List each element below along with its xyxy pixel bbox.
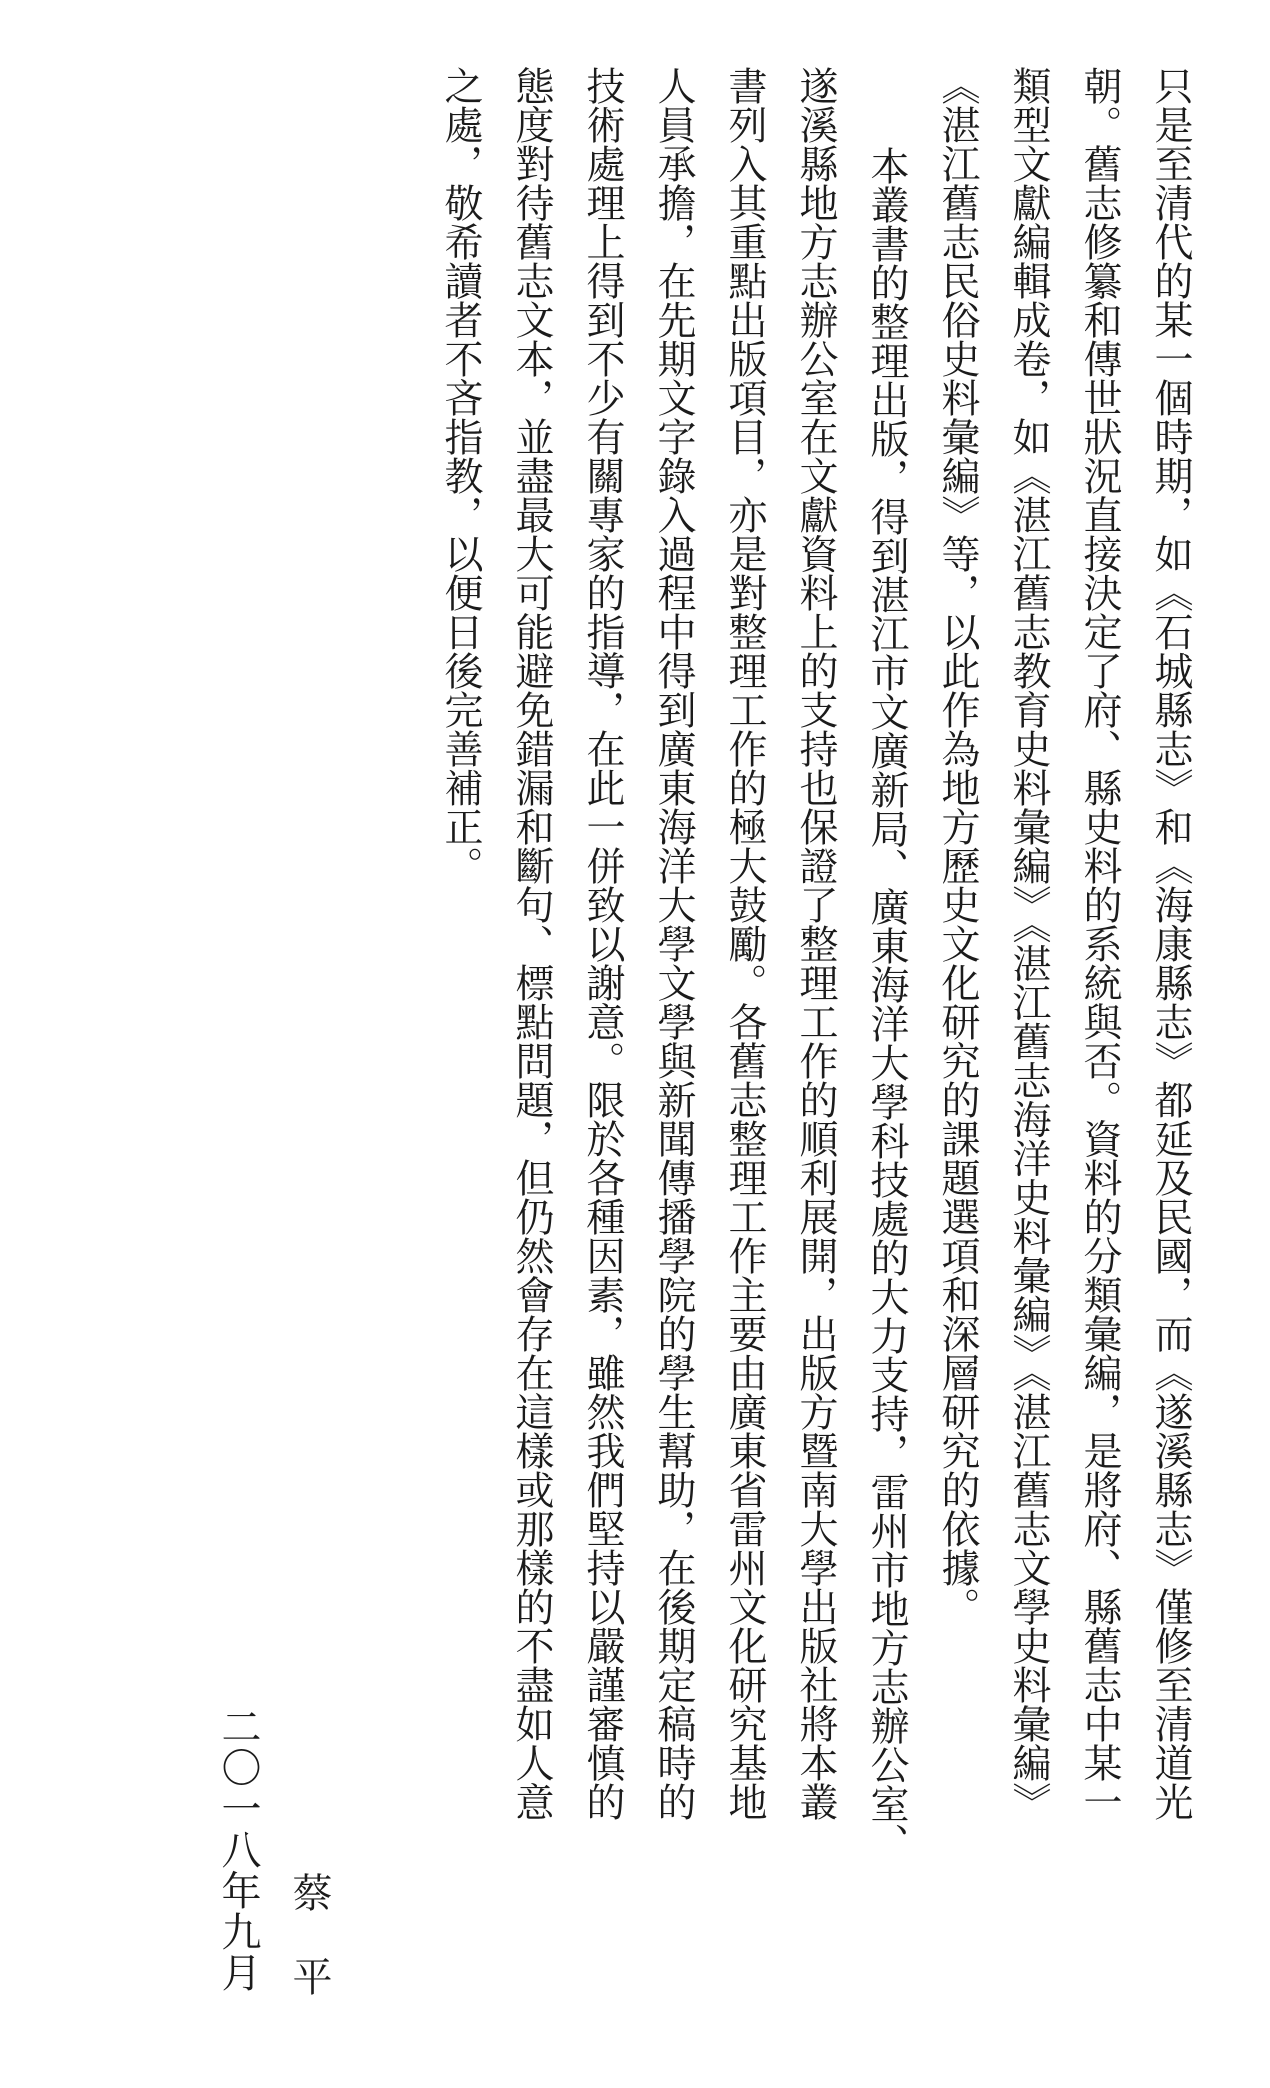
text-column-7: 書列入其重點出版項目，亦是對整理工作的極大鼓勵。各舊志整理工作主要由廣東省雷州文… — [709, 66, 780, 1834]
text-column-2: 朝。舊志修纂和傳世狀況直接決定了府、縣史料的系統與否。資料的分類彙編，是將府、縣… — [1064, 66, 1135, 1834]
page: 只是至清代的某一個時期，如《石城縣志》和《海康縣志》都延及民國，而《遂溪縣志》僅… — [0, 0, 1270, 2088]
author-name: 蔡 平 — [287, 1872, 331, 1998]
text-column-3: 類型文獻編輯成卷，如《湛江舊志教育史料彙編》《湛江舊志海洋史料彙編》《湛江舊志文… — [993, 66, 1064, 1834]
text-column-9: 技術處理上得到不少有關專家的指導，在此一併致以謝意。限於各種因素，雖然我們堅持以… — [567, 66, 638, 1834]
text-column-5: 本叢書的整理出版，得到湛江市文廣新局、廣東海洋大學科技處的大力支持，雷州市地方志… — [851, 66, 922, 1834]
main-text-block: 只是至清代的某一個時期，如《石城縣志》和《海康縣志》都延及民國，而《遂溪縣志》僅… — [425, 66, 1206, 1834]
text-column-4: 《湛江舊志民俗史料彙編》等，以此作為地方歷史文化研究的課題選項和深層研究的依據。 — [922, 66, 993, 1834]
text-column-10: 態度對待舊志文本，並盡最大可能避免錯漏和斷句、標點問題，但仍然會存在這樣或那樣的… — [496, 66, 567, 1834]
text-column-11: 之處，敬希讀者不吝指教，以便日後完善補正。 — [425, 66, 496, 1834]
text-column-6: 遂溪縣地方志辦公室在文獻資料上的支持也保證了整理工作的順利展開，出版方暨南大學出… — [780, 66, 851, 1834]
signature-date: 二〇一八年九月 — [216, 1706, 260, 1993]
text-column-1: 只是至清代的某一個時期，如《石城縣志》和《海康縣志》都延及民國，而《遂溪縣志》僅… — [1135, 66, 1206, 1834]
text-column-8: 人員承擔，在先期文字錄入過程中得到廣東海洋大學文學與新聞傳播學院的學生幫助，在後… — [638, 66, 709, 1834]
